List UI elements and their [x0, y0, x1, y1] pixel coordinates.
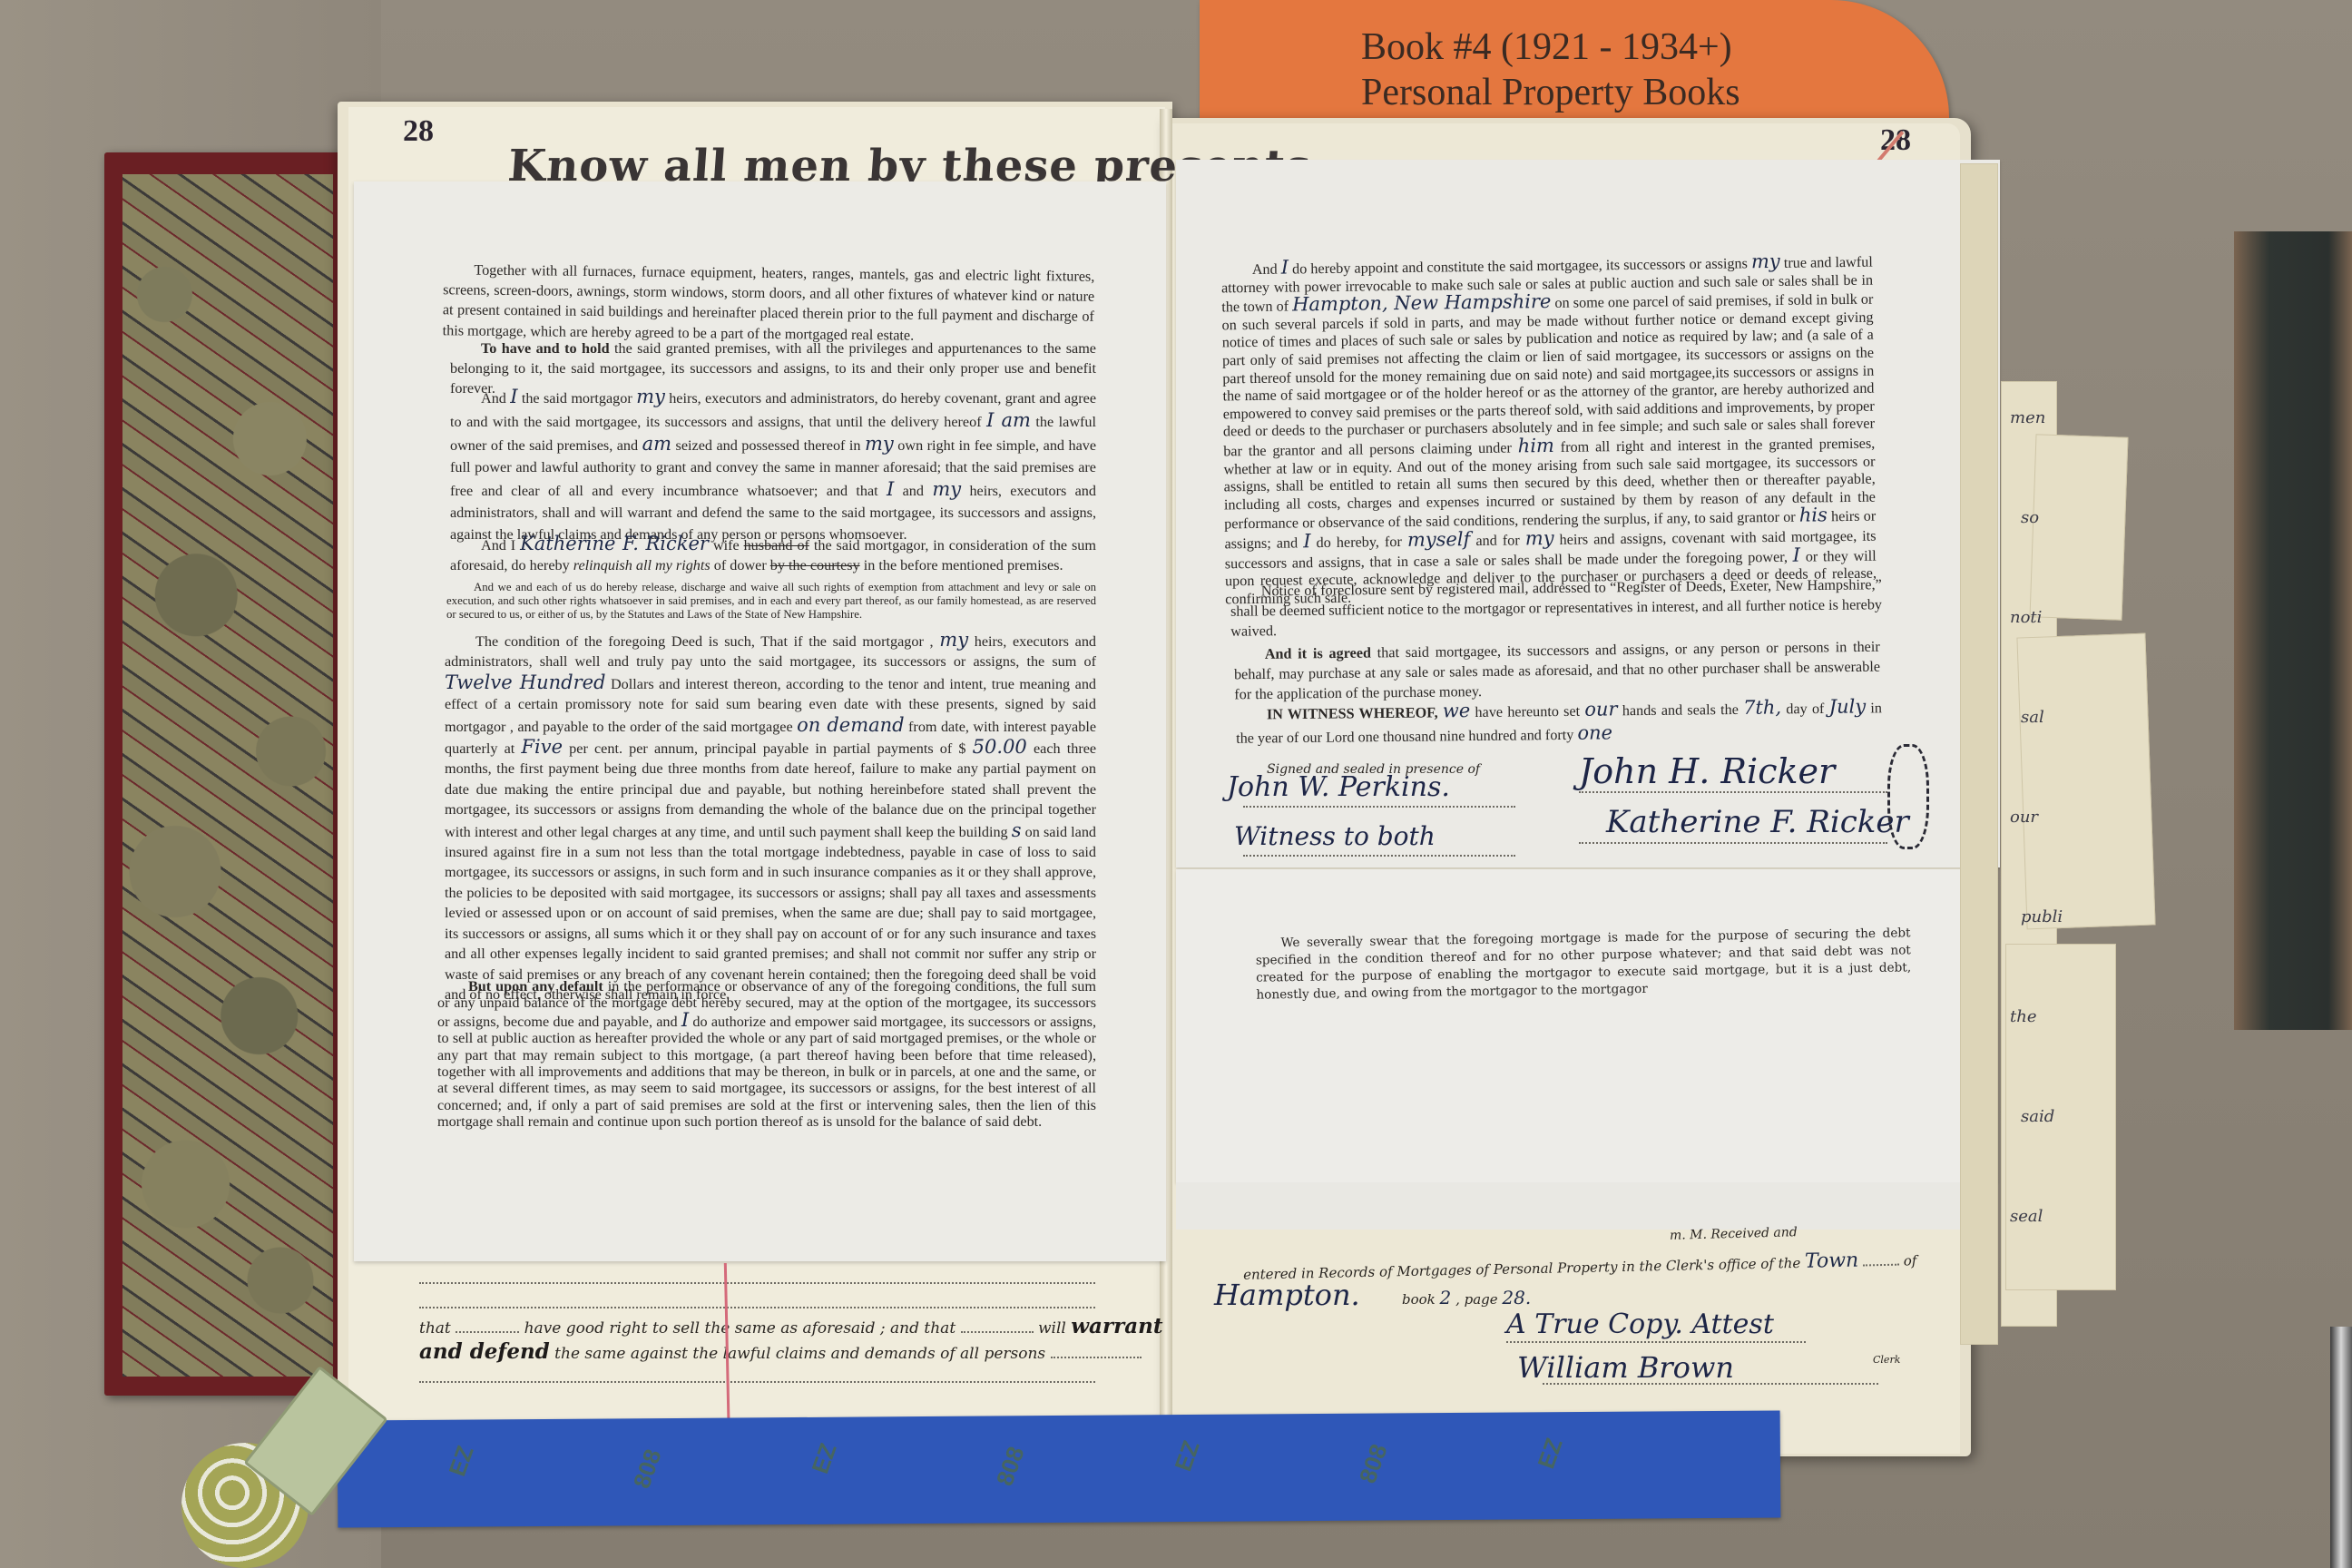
fragment-word: said: [2021, 1107, 2054, 1126]
homestead-paragraph: And we and each of us do hereby release,…: [446, 581, 1096, 622]
text: and defend: [419, 1339, 550, 1364]
text: the said mortgagor: [522, 390, 632, 407]
book-page-line: book 2 , page 28.: [1402, 1287, 1531, 1308]
marbled-endpaper: [122, 174, 333, 1377]
fragment-word: noti: [2010, 608, 2042, 627]
text: have hereunto set: [1475, 703, 1580, 720]
seal-scribble-icon: [1887, 744, 1929, 849]
handwritten-entry: him: [1518, 435, 1554, 456]
text: do hereby, for: [1317, 534, 1402, 551]
form-line: [419, 1381, 1095, 1383]
text: day of: [1786, 701, 1824, 717]
signature-line: [1579, 842, 1887, 844]
signature-line: [1579, 791, 1887, 793]
handwritten-day: 7th,: [1743, 696, 1781, 718]
handwritten-town: Hampton, New Hampshire: [1292, 290, 1552, 315]
text: But upon any default: [468, 978, 603, 995]
handwritten-sum: Twelve Hundred: [445, 671, 606, 693]
handwritten-entry: s: [1012, 819, 1022, 841]
book-label-tab: Book #4 (1921 - 1934+) Personal Property…: [1200, 0, 1949, 118]
text: of: [1904, 1252, 1917, 1269]
text: will: [1038, 1319, 1066, 1338]
warrant-line: that have good right to sell the same as…: [419, 1314, 1162, 1338]
default-paragraph: But upon any default in the performance …: [437, 978, 1096, 1131]
oath-paragraph: We severally swear that the foregoing mo…: [1255, 925, 1911, 1004]
text: The condition of the foregoing Deed is s…: [475, 633, 934, 650]
attest-line: [1506, 1341, 1806, 1343]
handwritten-entry: I: [681, 1009, 689, 1031]
handwritten-wife-name: Katherine F. Ricker: [520, 533, 709, 554]
witness-clause: IN WITNESS WHEREOF, we have hereunto set…: [1236, 695, 1883, 749]
text: the same against the lawful claims and d…: [554, 1345, 1045, 1363]
fragment-word: the: [2010, 1007, 2036, 1026]
adjacent-binder: [2234, 231, 2352, 1030]
oath-sheet: [1176, 869, 1997, 1182]
torn-fragment: [2016, 633, 2155, 930]
handwritten-entry: am: [642, 433, 671, 455]
handwritten-entry: my: [636, 386, 665, 407]
mortgagor-signature-1: John H. Ricker: [1579, 751, 1835, 791]
form-line: [419, 1282, 1095, 1284]
pen: [2330, 1327, 2352, 1568]
handwritten-town-type: Town: [1805, 1249, 1859, 1273]
text: And: [481, 390, 506, 407]
handwritten-entry: I am: [986, 409, 1031, 431]
handwritten-demand: on demand: [797, 714, 905, 736]
torn-fragment: [2030, 434, 2129, 620]
fragment-word: sal: [2021, 708, 2044, 727]
text: per cent. per annum,: [569, 740, 698, 757]
witness-signature: John W. Perkins.: [1227, 771, 1450, 803]
book-label-title: Book #4 (1921 - 1934+): [1361, 25, 1732, 69]
handwritten-entry: our: [1584, 698, 1617, 720]
text: of dower: [714, 557, 767, 573]
text: wife: [713, 537, 740, 554]
mortgagor-signature-2: Katherine F. Ricker: [1606, 804, 1909, 840]
struck-text: by the courtesy: [770, 557, 860, 573]
clerk-signature: William Brown: [1517, 1350, 1734, 1385]
fixtures-paragraph: Together with all furnaces, furnace equi…: [443, 260, 1095, 347]
habendum-lead: To have and to hold: [481, 340, 610, 357]
handwritten-entry: I: [1303, 530, 1311, 552]
covenant-paragraph: And I the said mortgagor my heirs, execu…: [450, 386, 1096, 545]
struck-text: husband of: [744, 537, 809, 554]
text: And it is agreed: [1265, 645, 1371, 662]
book-label-subtitle: Personal Property Books: [1361, 71, 1740, 114]
text: book: [1402, 1291, 1436, 1308]
handwritten-payment-amount: 50.00: [973, 736, 1027, 758]
handwritten-entry: I: [1281, 256, 1289, 278]
handwritten-entry: I: [1793, 544, 1801, 565]
handwritten-entry: myself: [1407, 528, 1471, 551]
text: principal payable in partial payments of…: [704, 740, 965, 757]
handwritten-entry: I: [510, 386, 517, 407]
handwritten-town-name: Hampton.: [1214, 1278, 1360, 1312]
handwritten-entry: I: [887, 478, 894, 500]
power-of-sale-paragraph: And I do hereby appoint and constitute t…: [1221, 252, 1877, 609]
fragment-word: men: [2010, 408, 2045, 427]
handwritten-entry: we: [1443, 700, 1471, 721]
text: And we and each of us do hereby release,…: [446, 581, 1096, 621]
fragment-word: so: [2021, 508, 2039, 527]
text: And I: [481, 537, 515, 554]
page-edge-stack: [1960, 163, 1998, 1345]
text: We severally swear that the foregoing mo…: [1256, 926, 1911, 1002]
notice-paragraph: Notice of foreclosure sent by registered…: [1230, 574, 1883, 642]
text: hands and seals the: [1622, 701, 1739, 719]
handwritten-month: July: [1828, 695, 1866, 717]
witness-note: Witness to both: [1234, 821, 1436, 851]
handwritten-entry: my: [865, 433, 894, 455]
handwritten-interest-rate: Five: [521, 736, 563, 758]
blue-tape: EZ808 EZ808 EZ808 EZ: [338, 1410, 1781, 1527]
condition-paragraph: The condition of the foregoing Deed is s…: [445, 630, 1096, 1004]
text: and for: [1475, 532, 1520, 549]
record-strip: [1176, 1182, 1997, 1230]
text: , page: [1455, 1291, 1498, 1308]
clerk-label: Clerk: [1873, 1354, 1900, 1366]
text: in the before mentioned premises.: [864, 557, 1063, 573]
defend-line: and defend the same against the lawful c…: [419, 1339, 1142, 1364]
handwritten-entry: my: [1525, 527, 1554, 549]
text: IN WITNESS WHEREOF,: [1267, 704, 1438, 722]
handwritten-year: one: [1577, 721, 1612, 743]
agreement-paragraph: And it is agreed that said mortgagee, it…: [1234, 637, 1881, 705]
fragment-word: our: [2010, 808, 2038, 827]
dower-paragraph: And I Katherine F. Ricker wife husband o…: [450, 534, 1096, 575]
text: And: [1252, 261, 1278, 278]
signature-line: [1243, 806, 1515, 808]
handwritten-entry: his: [1799, 505, 1828, 526]
handwritten-entry: my: [932, 478, 961, 500]
text: do authorize and empower said mortgagee,…: [437, 1014, 1096, 1130]
fragment-word: seal: [2010, 1207, 2043, 1226]
text: have good right to sell the same as afor…: [524, 1319, 956, 1338]
text: relinquish all my rights: [573, 557, 710, 573]
handwritten-attestation: A True Copy. Attest: [1506, 1308, 1774, 1340]
handwritten-page-number: 28.: [1502, 1287, 1531, 1308]
form-line: [419, 1307, 1095, 1308]
fragment-word: publi: [2021, 907, 2063, 926]
handwritten-book-number: 2: [1440, 1287, 1452, 1308]
clerk-line: [1543, 1383, 1878, 1385]
text: that: [419, 1319, 451, 1338]
handwritten-entry: my: [939, 629, 968, 651]
text: and: [903, 483, 924, 499]
signature-line: [1243, 855, 1515, 857]
fixtures-text: Together with all furnaces, furnace equi…: [443, 262, 1095, 344]
text: Notice of foreclosure sent by registered…: [1230, 576, 1882, 640]
text: on said land insured against fire in a s…: [445, 824, 1096, 1003]
text: seized and possessed thereof in: [676, 437, 861, 454]
text: warrant: [1071, 1314, 1162, 1338]
left-page-number: 28: [403, 114, 434, 149]
handwritten-entry: my: [1751, 250, 1780, 272]
